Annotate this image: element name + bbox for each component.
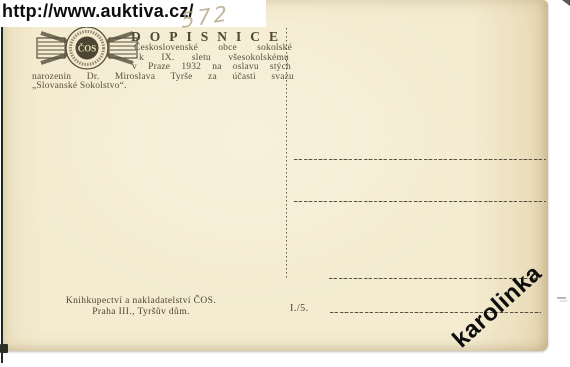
publisher-line-1: Knihkupectví a nakladatelství ČOS. (43, 296, 239, 307)
publisher-line-2: Praha III., Tyršův dům. (43, 307, 239, 318)
emblem-seal: ČOS (66, 27, 108, 69)
site-url-watermark: http://www.auktiva.cz/ (2, 1, 194, 22)
scan-corner-mark (0, 344, 8, 353)
address-line-1 (294, 159, 546, 161)
sokol-emblem-icon: ČOS (33, 25, 141, 71)
subtitle-line: narozenin Dr. Miroslava Tyrše za účasti … (32, 72, 294, 82)
subtitle-line: „Slovanské Sokolstvo“. (32, 81, 172, 91)
address-line-2 (294, 201, 546, 203)
subtitle-line: k IX. sletu všesokolskému (139, 53, 289, 63)
scan-artifact (557, 297, 566, 299)
publisher-block: Knihkupectví a nakladatelství ČOS. Praha… (43, 296, 239, 317)
emblem-monogram: ČOS (78, 44, 97, 54)
scan-page: { "scan": { "site_watermark": "http://ww… (0, 0, 570, 367)
subtitle-line: Československé obce sokolské (134, 43, 292, 53)
postcard: ČOS DOPISNICE Československé obce sokols… (3, 0, 548, 351)
series-mark: I./5. (290, 303, 309, 314)
scan-corner-notch (562, 0, 570, 6)
scan-edge-left (1, 0, 3, 363)
subtitle-line: v Praze 1932 na oslavu stých (132, 62, 291, 72)
divider-dotted-vertical (286, 28, 287, 278)
